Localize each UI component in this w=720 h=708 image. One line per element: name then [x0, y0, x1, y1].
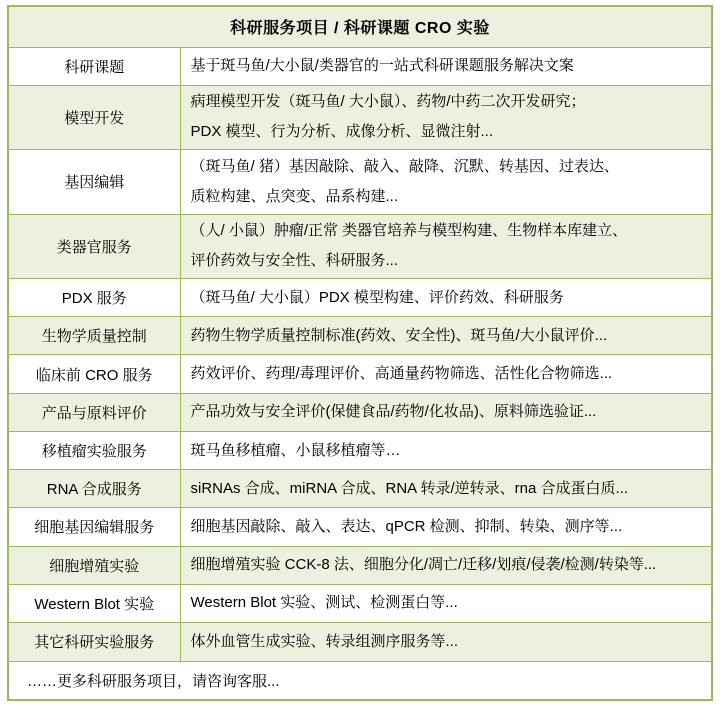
service-description: 斑马鱼移植瘤、小鼠移植瘤等… — [180, 431, 712, 469]
table-row: 临床前 CRO 服务药效评价、药理/毒理评价、高通量药物筛选、活性化合物筛选..… — [8, 355, 712, 393]
service-category: 科研课题 — [8, 47, 180, 85]
service-description: （斑马鱼/ 大小鼠）PDX 模型构建、评价药效、科研服务 — [180, 278, 712, 316]
table-footer: ……更多科研服务项目，请咨询客服... — [8, 661, 712, 700]
service-description-line: 产品功效与安全评价(保健食品/药物/化妆品)、原料筛选验证... — [191, 397, 706, 427]
service-description: 产品功效与安全评价(保健食品/药物/化妆品)、原料筛选验证... — [180, 393, 712, 431]
service-category: 临床前 CRO 服务 — [8, 355, 180, 393]
service-description-line: 药物生物学质量控制标准(药效、安全性)、斑马鱼/大小鼠评价... — [191, 321, 706, 351]
table-body: 科研课题基于斑马鱼/大小鼠/类器官的一站式科研课题服务解决文案模型开发病理模型开… — [8, 47, 712, 661]
service-description-line: 细胞基因敲除、敲入、表达、qPCR 检测、抑制、转染、测序等... — [191, 512, 706, 542]
service-description: 药物生物学质量控制标准(药效、安全性)、斑马鱼/大小鼠评价... — [180, 317, 712, 355]
service-category: RNA 合成服务 — [8, 470, 180, 508]
service-description-line: Western Blot 实验、测试、检测蛋白等... — [191, 588, 706, 618]
service-description: （斑马鱼/ 猪）基因敲除、敲入、敲降、沉默、转基因、过表达、质粒构建、点突变、品… — [180, 150, 712, 214]
table-row: 产品与原料评价产品功效与安全评价(保健食品/药物/化妆品)、原料筛选验证... — [8, 393, 712, 431]
footer-row: ……更多科研服务项目，请咨询客服... — [8, 661, 712, 700]
service-description-line: （斑马鱼/ 大小鼠）PDX 模型构建、评价药效、科研服务 — [191, 283, 706, 313]
service-description-line: 斑马鱼移植瘤、小鼠移植瘤等… — [191, 436, 706, 466]
service-description-line: 病理模型开发（斑马鱼/ 大小鼠）、药物/中药二次开发研究； — [191, 87, 706, 117]
service-description: Western Blot 实验、测试、检测蛋白等... — [180, 584, 712, 622]
service-description-line: 评价药效与安全性、科研服务... — [191, 246, 706, 276]
service-description: 体外血管生成实验、转录组测序服务等... — [180, 623, 712, 661]
service-description-line: siRNAs 合成、miRNA 合成、RNA 转录/逆转录、rna 合成蛋白质.… — [191, 474, 706, 504]
service-description-line: 体外血管生成实验、转录组测序服务等... — [191, 627, 706, 657]
page: 科研服务项目 / 科研课题 CRO 实验 科研课题基于斑马鱼/大小鼠/类器官的一… — [0, 0, 720, 708]
services-table: 科研服务项目 / 科研课题 CRO 实验 科研课题基于斑马鱼/大小鼠/类器官的一… — [7, 5, 713, 701]
table-row: RNA 合成服务siRNAs 合成、miRNA 合成、RNA 转录/逆转录、rn… — [8, 470, 712, 508]
service-description-line: 药效评价、药理/毒理评价、高通量药物筛选、活性化合物筛选... — [191, 359, 706, 389]
table-row: PDX 服务（斑马鱼/ 大小鼠）PDX 模型构建、评价药效、科研服务 — [8, 278, 712, 316]
table-title: 科研服务项目 / 科研课题 CRO 实验 — [8, 6, 712, 47]
table-header: 科研服务项目 / 科研课题 CRO 实验 — [8, 6, 712, 47]
service-category: 基因编辑 — [8, 150, 180, 214]
table-row: 基因编辑（斑马鱼/ 猪）基因敲除、敲入、敲降、沉默、转基因、过表达、质粒构建、点… — [8, 150, 712, 214]
service-description: 药效评价、药理/毒理评价、高通量药物筛选、活性化合物筛选... — [180, 355, 712, 393]
service-category: 细胞基因编辑服务 — [8, 508, 180, 546]
table-row: Western Blot 实验Western Blot 实验、测试、检测蛋白等.… — [8, 584, 712, 622]
header-row: 科研服务项目 / 科研课题 CRO 实验 — [8, 6, 712, 47]
service-description: siRNAs 合成、miRNA 合成、RNA 转录/逆转录、rna 合成蛋白质.… — [180, 470, 712, 508]
service-description-line: 质粒构建、点突变、品系构建... — [191, 182, 706, 212]
service-category: 类器官服务 — [8, 214, 180, 278]
service-description: 细胞增殖实验 CCK-8 法、细胞分化/凋亡/迁移/划痕/侵袭/检测/转染等..… — [180, 546, 712, 584]
service-description: 细胞基因敲除、敲入、表达、qPCR 检测、抑制、转染、测序等... — [180, 508, 712, 546]
service-description: （人/ 小鼠）肿瘤/正常 类器官培养与模型构建、生物样本库建立、评价药效与安全性… — [180, 214, 712, 278]
service-description: 病理模型开发（斑马鱼/ 大小鼠）、药物/中药二次开发研究；PDX 模型、行为分析… — [180, 85, 712, 149]
service-category: 其它科研实验服务 — [8, 623, 180, 661]
service-category: Western Blot 实验 — [8, 584, 180, 622]
service-category: 移植瘤实验服务 — [8, 431, 180, 469]
service-category: 生物学质量控制 — [8, 317, 180, 355]
service-category: 模型开发 — [8, 85, 180, 149]
service-description-line: （人/ 小鼠）肿瘤/正常 类器官培养与模型构建、生物样本库建立、 — [191, 216, 706, 246]
service-category: PDX 服务 — [8, 278, 180, 316]
table-row: 类器官服务（人/ 小鼠）肿瘤/正常 类器官培养与模型构建、生物样本库建立、评价药… — [8, 214, 712, 278]
service-category: 产品与原料评价 — [8, 393, 180, 431]
table-row: 细胞基因编辑服务细胞基因敲除、敲入、表达、qPCR 检测、抑制、转染、测序等..… — [8, 508, 712, 546]
footer-note: ……更多科研服务项目，请咨询客服... — [8, 661, 712, 700]
service-description-line: 细胞增殖实验 CCK-8 法、细胞分化/凋亡/迁移/划痕/侵袭/检测/转染等..… — [191, 550, 706, 580]
table-row: 移植瘤实验服务斑马鱼移植瘤、小鼠移植瘤等… — [8, 431, 712, 469]
service-category: 细胞增殖实验 — [8, 546, 180, 584]
table-row: 细胞增殖实验细胞增殖实验 CCK-8 法、细胞分化/凋亡/迁移/划痕/侵袭/检测… — [8, 546, 712, 584]
table-row: 其它科研实验服务体外血管生成实验、转录组测序服务等... — [8, 623, 712, 661]
table-row: 生物学质量控制药物生物学质量控制标准(药效、安全性)、斑马鱼/大小鼠评价... — [8, 317, 712, 355]
services-table-container: 科研服务项目 / 科研课题 CRO 实验 科研课题基于斑马鱼/大小鼠/类器官的一… — [7, 5, 713, 701]
service-description-line: PDX 模型、行为分析、成像分析、显微注射... — [191, 117, 706, 147]
table-row: 模型开发病理模型开发（斑马鱼/ 大小鼠）、药物/中药二次开发研究；PDX 模型、… — [8, 85, 712, 149]
service-description-line: （斑马鱼/ 猪）基因敲除、敲入、敲降、沉默、转基因、过表达、 — [191, 152, 706, 182]
table-row: 科研课题基于斑马鱼/大小鼠/类器官的一站式科研课题服务解决文案 — [8, 47, 712, 85]
service-description-line: 基于斑马鱼/大小鼠/类器官的一站式科研课题服务解决文案 — [191, 51, 706, 81]
service-description: 基于斑马鱼/大小鼠/类器官的一站式科研课题服务解决文案 — [180, 47, 712, 85]
